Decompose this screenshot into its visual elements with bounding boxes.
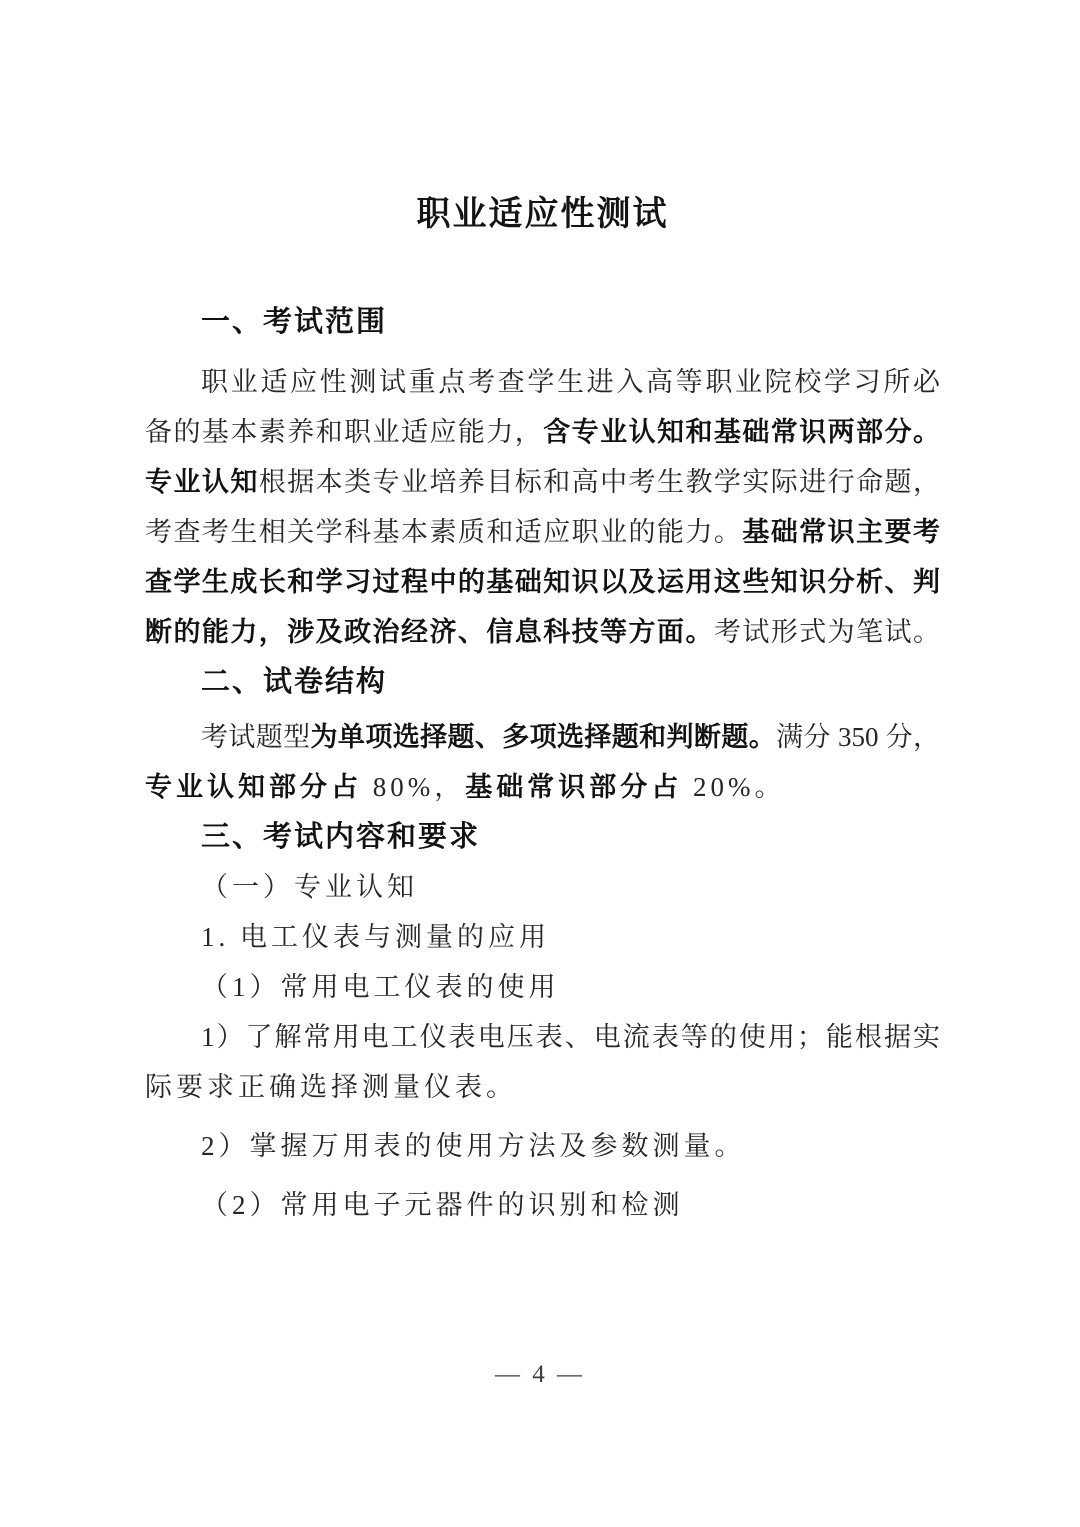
text-segment: 根据本类专业培养目标和高中考生教学实际进行命题，: [259, 467, 940, 497]
bold-text-segment: 三、考试内容和要求: [201, 821, 480, 853]
text-segment: 1. 电工仪表与测量的应用: [201, 922, 550, 952]
text-line: 2）掌握万用表的使用方法及参数测量。: [145, 1121, 940, 1171]
text-line: 考查考生相关学科基本素质和适应职业的能力。基础常识主要考: [145, 507, 940, 557]
document-page: 职业适应性测试 一、考试范围职业适应性测试重点考查学生进入高等职业院校学习所必备…: [0, 0, 1080, 1527]
bold-text-segment: 含专业认知和基础常识两部分。: [543, 417, 940, 447]
bold-text-segment: 基础常识主要考: [742, 517, 940, 547]
bold-text-segment: 断的能力，涉及政治经济、信息科技等方面。: [145, 617, 714, 647]
section-heading: 一、考试范围: [145, 297, 940, 347]
section-heading: 二、试卷结构: [145, 657, 940, 707]
document-title: 职业适应性测试: [145, 190, 940, 238]
text-line: 断的能力，涉及政治经济、信息科技等方面。考试形式为笔试。: [145, 607, 940, 657]
page-footer: — 4 —: [0, 1361, 1080, 1389]
text-segment: 职业适应性测试重点考查学生进入高等职业院校学习所必: [201, 367, 940, 397]
text-segment: （1）常用电工仪表的使用: [201, 972, 560, 1002]
bold-text-segment: 一、考试范围: [201, 306, 387, 338]
text-segment: 考试形式为笔试。: [714, 617, 940, 647]
bold-text-segment: 二、试卷结构: [201, 666, 387, 698]
text-line: 查学生成长和学习过程中的基础知识以及运用这些知识分析、判: [145, 557, 940, 607]
text-segment: 考试题型: [201, 722, 311, 752]
page-number: — 4 —: [495, 1361, 585, 1388]
section-heading: 三、考试内容和要求: [145, 812, 940, 862]
text-segment: 满分 350 分，: [776, 722, 940, 752]
text-line: 际要求正确选择测量仪表。: [145, 1062, 940, 1112]
text-line: 专业认知根据本类专业培养目标和高中考生教学实际进行命题，: [145, 457, 940, 507]
text-line: 职业适应性测试重点考查学生进入高等职业院校学习所必: [145, 357, 940, 407]
text-line: 1. 电工仪表与测量的应用: [145, 912, 940, 962]
text-line: （1）常用电工仪表的使用: [145, 962, 940, 1012]
text-line: 1）了解常用电工仪表电压表、电流表等的使用；能根据实: [145, 1012, 940, 1062]
bold-text-segment: 基础常识部分占: [465, 772, 682, 802]
text-segment: 考查考生相关学科基本素质和适应职业的能力。: [145, 517, 742, 547]
bold-text-segment: 专业认知: [145, 467, 259, 497]
text-segment: 备的基本素养和职业适应能力，: [145, 417, 543, 447]
text-segment: 80%，: [362, 772, 465, 802]
bold-text-segment: 为单项选择题、多项选择题和判断题。: [311, 722, 777, 752]
bold-text-segment: 专业认知部分占: [145, 772, 362, 802]
text-line: （一）专业认知: [145, 862, 940, 912]
text-segment: 际要求正确选择测量仪表。: [145, 1072, 517, 1102]
text-segment: （一）专业认知: [201, 872, 418, 902]
text-segment: 2）掌握万用表的使用方法及参数测量。: [201, 1131, 746, 1161]
bold-text-segment: 查学生成长和学习过程中的基础知识以及运用这些知识分析、判: [145, 567, 940, 597]
text-line: 考试题型为单项选择题、多项选择题和判断题。满分 350 分，: [145, 712, 940, 762]
text-segment: 20%。: [682, 772, 785, 802]
text-segment: 1）了解常用电工仪表电压表、电流表等的使用；能根据实: [201, 1022, 940, 1052]
text-line: 专业认知部分占 80%，基础常识部分占 20%。: [145, 762, 940, 812]
document-body: 一、考试范围职业适应性测试重点考查学生进入高等职业院校学习所必备的基本素养和职业…: [145, 297, 940, 1230]
text-line: 备的基本素养和职业适应能力，含专业认知和基础常识两部分。: [145, 407, 940, 457]
text-line: （2）常用电子元器件的识别和检测: [145, 1180, 940, 1230]
text-segment: （2）常用电子元器件的识别和检测: [201, 1190, 684, 1220]
